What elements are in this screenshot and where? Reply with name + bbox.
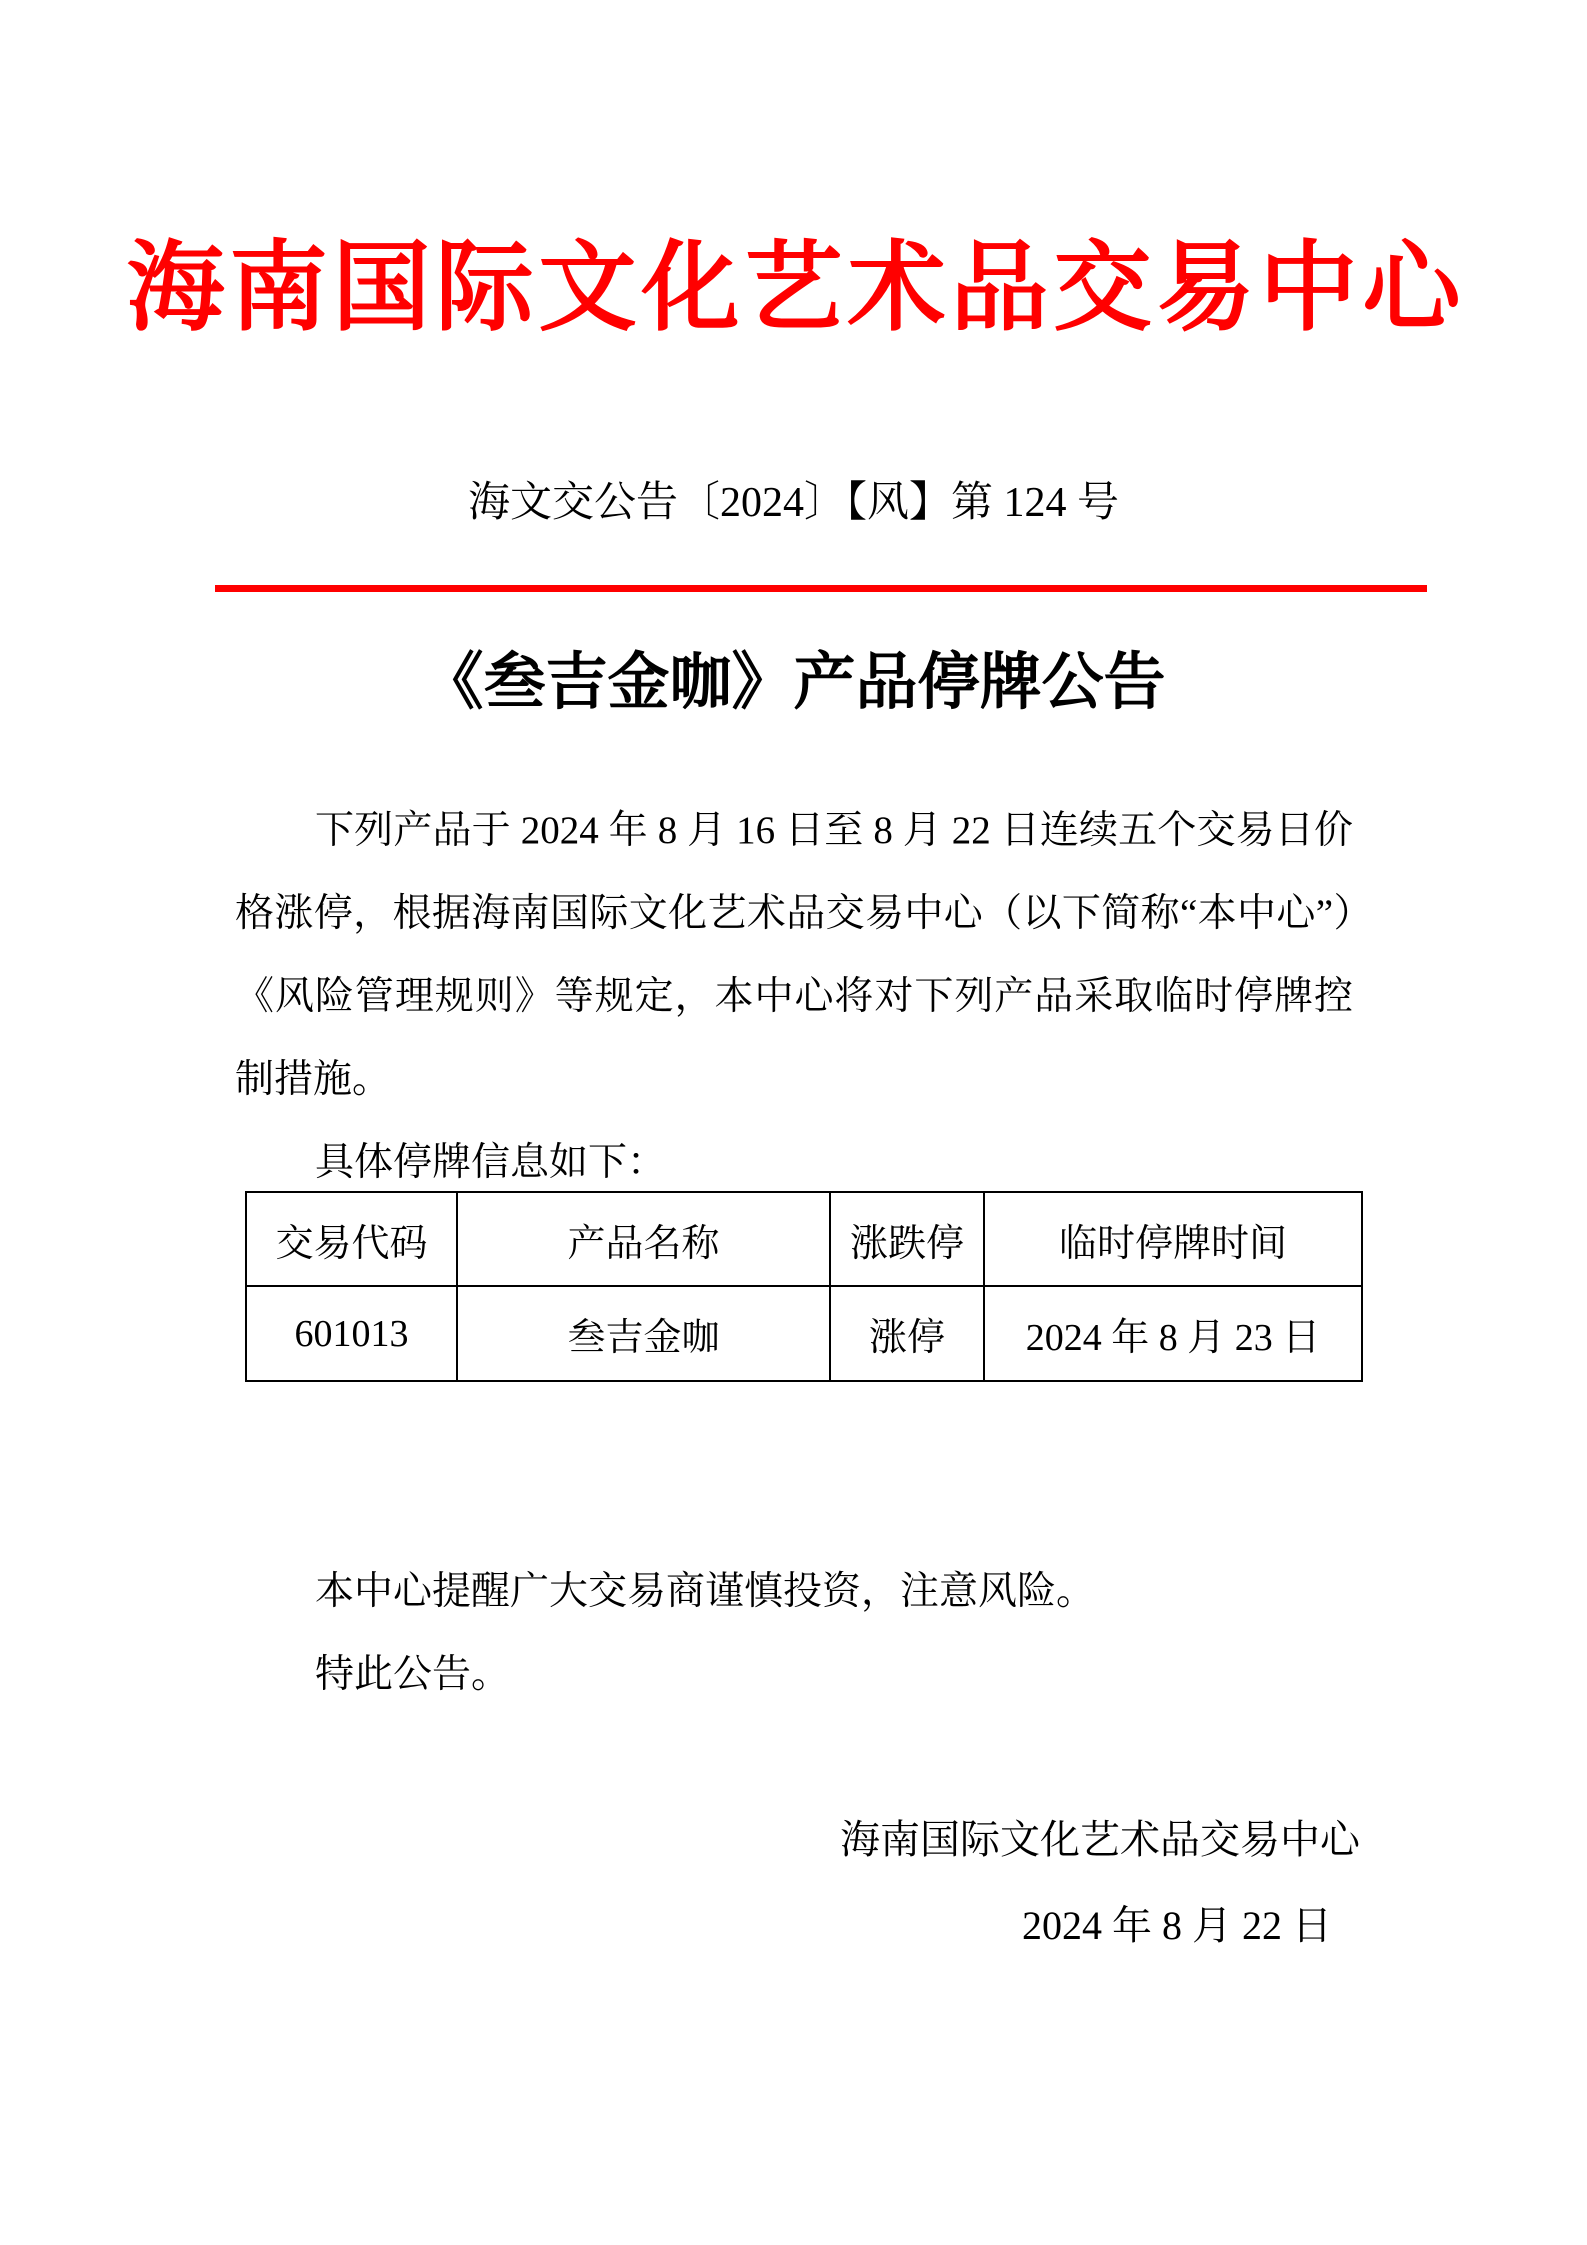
suspension-table: 交易代码 产品名称 涨跌停 临时停牌时间 601013 叁吉金咖 涨停 2024… (245, 1191, 1363, 1382)
column-header-product-name: 产品名称 (457, 1192, 830, 1286)
cell-product-name: 叁吉金咖 (457, 1286, 830, 1381)
cell-limit-type: 涨停 (830, 1286, 984, 1381)
red-divider-line (215, 585, 1427, 592)
closing-statement-line: 特此公告。 (235, 1633, 1353, 1716)
table-row: 601013 叁吉金咖 涨停 2024 年 8 月 23 日 (246, 1286, 1362, 1381)
column-header-trade-code: 交易代码 (246, 1192, 457, 1286)
risk-reminder-line: 本中心提醒广大交易商谨慎投资，注意风险。 (235, 1550, 1353, 1633)
cell-suspension-time: 2024 年 8 月 23 日 (984, 1286, 1362, 1381)
document-number: 海文交公告〔2024〕【风】第 124 号 (0, 478, 1587, 528)
announcement-body: 下列产品于 2024 年 8 月 16 日至 8 月 22 日连续五个交易日价格… (235, 789, 1353, 1204)
issuer-signature: 海南国际文化艺术品交易中心 (840, 1816, 1360, 1864)
column-header-limit-type: 涨跌停 (830, 1192, 984, 1286)
cell-trade-code: 601013 (246, 1286, 457, 1381)
body-paragraph: 下列产品于 2024 年 8 月 16 日至 8 月 22 日连续五个交易日价格… (235, 789, 1353, 1121)
column-header-suspension-time: 临时停牌时间 (984, 1192, 1362, 1286)
closing-block: 本中心提醒广大交易商谨慎投资，注意风险。 特此公告。 (235, 1550, 1353, 1716)
organization-title: 海南国际文化艺术品交易中心 (0, 236, 1587, 344)
announcement-document-page: 海南国际文化艺术品交易中心 海文交公告〔2024〕【风】第 124 号 《叁吉金… (0, 0, 1587, 2245)
announcement-title: 《叁吉金咖》产品停牌公告 (0, 648, 1587, 719)
issue-date: 2024 年 8 月 22 日 (1022, 1902, 1332, 1950)
table-header-row: 交易代码 产品名称 涨跌停 临时停牌时间 (246, 1192, 1362, 1286)
